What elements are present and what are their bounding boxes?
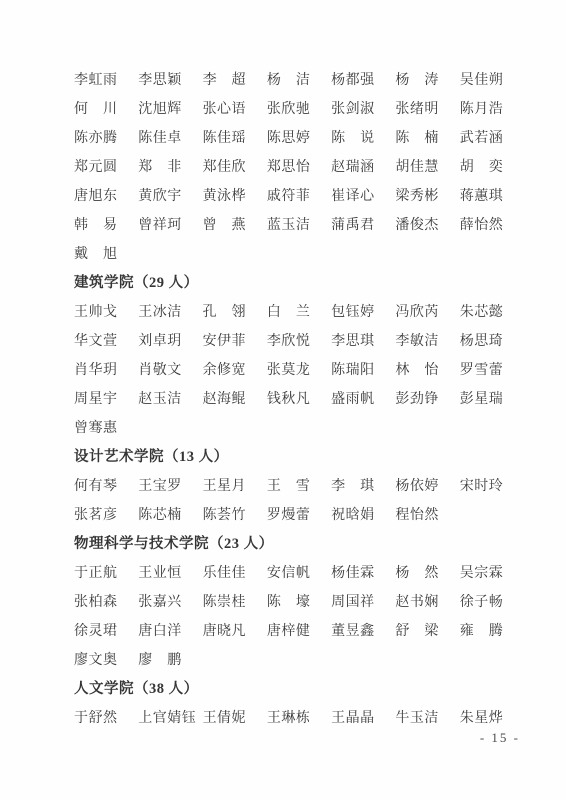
- student-name: 彭星瑞: [460, 388, 524, 408]
- section-header: 物理科学与技术学院（23 人）: [74, 528, 524, 557]
- student-name: 赵瑞涵: [331, 156, 395, 176]
- student-name: 曾祥珂: [138, 214, 202, 234]
- student-name: 戚符菲: [267, 185, 331, 205]
- student-name: 杨依婷: [395, 475, 459, 495]
- page-number: - 15 -: [480, 730, 520, 746]
- student-name: 王星月: [203, 475, 267, 495]
- name-row: 韩 易曾祥珂曾 燕蓝玉洁蒲禹君潘俊杰薛怡然: [74, 209, 524, 238]
- student-name: 林 怡: [395, 359, 459, 379]
- student-name: 唐晓凡: [203, 620, 267, 640]
- name-row: 郑元圆郑 非郑佳欣郑思怡赵瑞涵胡佳慧胡 奕: [74, 151, 524, 180]
- student-name: 张柏森: [74, 591, 138, 611]
- student-name: 牛玉洁: [395, 707, 459, 727]
- student-name: 陈瑞阳: [331, 359, 395, 379]
- student-name: 祝晗娟: [331, 504, 395, 524]
- student-name: 彭劲铮: [395, 388, 459, 408]
- student-name: 黄泳桦: [203, 185, 267, 205]
- student-name: 唐旭东: [74, 185, 138, 205]
- student-name: 张茗彦: [74, 504, 138, 524]
- student-name: 王业恒: [138, 562, 202, 582]
- student-name: 王宝罗: [138, 475, 202, 495]
- student-name: 陈佳卓: [138, 127, 202, 147]
- student-name: 李 超: [203, 69, 267, 89]
- student-name: 赵海鲲: [203, 388, 267, 408]
- name-row: 张柏森张嘉兴陈崇桂陈 壕周国祥赵书娴徐子畅: [74, 586, 524, 615]
- name-row: 廖文奥廖 鹏: [74, 644, 524, 673]
- student-name: 胡佳慧: [395, 156, 459, 176]
- student-name: 胡 奕: [460, 156, 524, 176]
- section-header: 人文学院（38 人）: [74, 673, 524, 702]
- student-name: 王倩妮: [203, 707, 267, 727]
- student-name: 朱芯懿: [460, 301, 524, 321]
- student-name: 王冰洁: [138, 301, 202, 321]
- student-name: 赵玉洁: [138, 388, 202, 408]
- student-name: 李欣悦: [267, 330, 331, 350]
- student-name: 陈佳瑶: [203, 127, 267, 147]
- student-name: 朱星烨: [460, 707, 524, 727]
- student-name: 杨 然: [395, 562, 459, 582]
- student-name: 宋时玲: [460, 475, 524, 495]
- student-name: 张嘉兴: [138, 591, 202, 611]
- student-name: 白 兰: [267, 301, 331, 321]
- student-name: 安伊菲: [203, 330, 267, 350]
- student-name: 王晶晶: [331, 707, 395, 727]
- student-name: 包钰婷: [331, 301, 395, 321]
- name-row: 陈亦腾陈佳卓陈佳瑶陈思婷陈 说陈 楠武若涵: [74, 122, 524, 151]
- student-name: 张心语: [203, 98, 267, 118]
- student-name: 周国祥: [331, 591, 395, 611]
- student-name: 郑思怡: [267, 156, 331, 176]
- student-name: 吴宗霖: [460, 562, 524, 582]
- student-name: 上官婧钰: [138, 707, 202, 727]
- student-name: 王帅戈: [74, 301, 138, 321]
- student-name: 何 川: [74, 98, 138, 118]
- student-name: 华文萱: [74, 330, 138, 350]
- student-name: 李思琪: [331, 330, 395, 350]
- name-row: 曾骞惠: [74, 412, 524, 441]
- student-name: 张莫龙: [267, 359, 331, 379]
- student-name: 舒 梁: [395, 620, 459, 640]
- student-name: 郑 非: [138, 156, 202, 176]
- student-name: 韩 易: [74, 214, 138, 234]
- student-name: 罗熳蕾: [267, 504, 331, 524]
- document-page: 李虹雨李思颖李 超杨 洁杨都强杨 涛吴佳朔何 川沈旭辉张心语张欣驰张剑淑张绪明陈…: [0, 0, 566, 800]
- student-name: 蓝玉洁: [267, 214, 331, 234]
- section-header: 设计艺术学院（13 人）: [74, 441, 524, 470]
- student-name: 杨 涛: [395, 69, 459, 89]
- name-row: 于舒然上官婧钰王倩妮王琳栋王晶晶牛玉洁朱星烨: [74, 702, 524, 731]
- name-row: 何 川沈旭辉张心语张欣驰张剑淑张绪明陈月浩: [74, 93, 524, 122]
- student-name: 杨都强: [331, 69, 395, 89]
- student-name: 沈旭辉: [138, 98, 202, 118]
- student-name: 唐梓健: [267, 620, 331, 640]
- student-name: 武若涵: [460, 127, 524, 147]
- name-row: 徐灵珺唐白洋唐晓凡唐梓健董昱鑫舒 梁雍 腾: [74, 615, 524, 644]
- student-name: 李敏洁: [395, 330, 459, 350]
- student-name: 李虹雨: [74, 69, 138, 89]
- student-name: 张绪明: [395, 98, 459, 118]
- name-row: 于正航王业恒乐佳佳安信帆杨佳霖杨 然吴宗霖: [74, 557, 524, 586]
- name-row: 王帅戈王冰洁孔 翎白 兰包钰婷冯欣芮朱芯懿: [74, 296, 524, 325]
- student-name: 乐佳佳: [203, 562, 267, 582]
- student-name: 杨思琦: [460, 330, 524, 350]
- student-name: 陈 楠: [395, 127, 459, 147]
- student-name: 陈月浩: [460, 98, 524, 118]
- student-name: 程怡然: [395, 504, 459, 524]
- student-name: 盛雨帆: [331, 388, 395, 408]
- student-name: 唐白洋: [138, 620, 202, 640]
- name-row: 唐旭东黄欣宇黄泳桦戚符菲崔译心梁秀彬蒋蕙琪: [74, 180, 524, 209]
- student-name: 何有琴: [74, 475, 138, 495]
- student-name: 陈 说: [331, 127, 395, 147]
- student-name: 陈亦腾: [74, 127, 138, 147]
- student-name: 廖文奥: [74, 649, 138, 669]
- name-row: 戴 旭: [74, 238, 524, 267]
- name-row: 周星宇赵玉洁赵海鲲钱秋凡盛雨帆彭劲铮彭星瑞: [74, 383, 524, 412]
- student-name: 黄欣宇: [138, 185, 202, 205]
- student-name: 蒲禹君: [331, 214, 395, 234]
- student-name: 蒋蕙琪: [460, 185, 524, 205]
- student-name: 梁秀彬: [395, 185, 459, 205]
- student-name: 薛怡然: [460, 214, 524, 234]
- student-name: 陈思婷: [267, 127, 331, 147]
- student-name: 戴 旭: [74, 243, 138, 263]
- student-name: 曾骞惠: [74, 417, 138, 437]
- student-name: 余修宽: [203, 359, 267, 379]
- student-name: 李思颖: [138, 69, 202, 89]
- student-name: 陈崇桂: [203, 591, 267, 611]
- student-name: 陈 壕: [267, 591, 331, 611]
- name-row: 何有琴王宝罗王星月王 雪李 琪杨依婷宋时玲: [74, 470, 524, 499]
- student-name: 冯欣芮: [395, 301, 459, 321]
- student-name: 张欣驰: [267, 98, 331, 118]
- name-row: 李虹雨李思颖李 超杨 洁杨都强杨 涛吴佳朔: [74, 64, 524, 93]
- student-name: 潘俊杰: [395, 214, 459, 234]
- student-name: 崔译心: [331, 185, 395, 205]
- student-name: 王琳栋: [267, 707, 331, 727]
- student-name: 曾 燕: [203, 214, 267, 234]
- student-name: 陈荟竹: [203, 504, 267, 524]
- name-row: 张茗彦陈芯楠陈荟竹罗熳蕾祝晗娟程怡然: [74, 499, 524, 528]
- student-name: 肖敬文: [138, 359, 202, 379]
- student-name: 郑元圆: [74, 156, 138, 176]
- student-name: 郑佳欣: [203, 156, 267, 176]
- student-name: 徐灵珺: [74, 620, 138, 640]
- student-name: 于正航: [74, 562, 138, 582]
- section-header: 建筑学院（29 人）: [74, 267, 524, 296]
- student-name: 雍 腾: [460, 620, 524, 640]
- student-name: 吴佳朔: [460, 69, 524, 89]
- student-name: 李 琪: [331, 475, 395, 495]
- student-name: 肖华玥: [74, 359, 138, 379]
- student-name: 廖 鹏: [138, 649, 202, 669]
- student-name: 孔 翎: [203, 301, 267, 321]
- student-name: 张剑淑: [331, 98, 395, 118]
- student-name: 徐子畅: [460, 591, 524, 611]
- student-name: 周星宇: [74, 388, 138, 408]
- student-name: 赵书娴: [395, 591, 459, 611]
- student-name: 罗雪蕾: [460, 359, 524, 379]
- student-name: 钱秋凡: [267, 388, 331, 408]
- student-name: 刘卓玥: [138, 330, 202, 350]
- student-name: 安信帆: [267, 562, 331, 582]
- student-name: 杨 洁: [267, 69, 331, 89]
- student-name: 杨佳霖: [331, 562, 395, 582]
- roster-content: 李虹雨李思颖李 超杨 洁杨都强杨 涛吴佳朔何 川沈旭辉张心语张欣驰张剑淑张绪明陈…: [74, 64, 524, 731]
- name-row: 华文萱刘卓玥安伊菲李欣悦李思琪李敏洁杨思琦: [74, 325, 524, 354]
- student-name: 于舒然: [74, 707, 138, 727]
- name-row: 肖华玥肖敬文余修宽张莫龙陈瑞阳林 怡罗雪蕾: [74, 354, 524, 383]
- student-name: 陈芯楠: [138, 504, 202, 524]
- student-name: 王 雪: [267, 475, 331, 495]
- student-name: 董昱鑫: [331, 620, 395, 640]
